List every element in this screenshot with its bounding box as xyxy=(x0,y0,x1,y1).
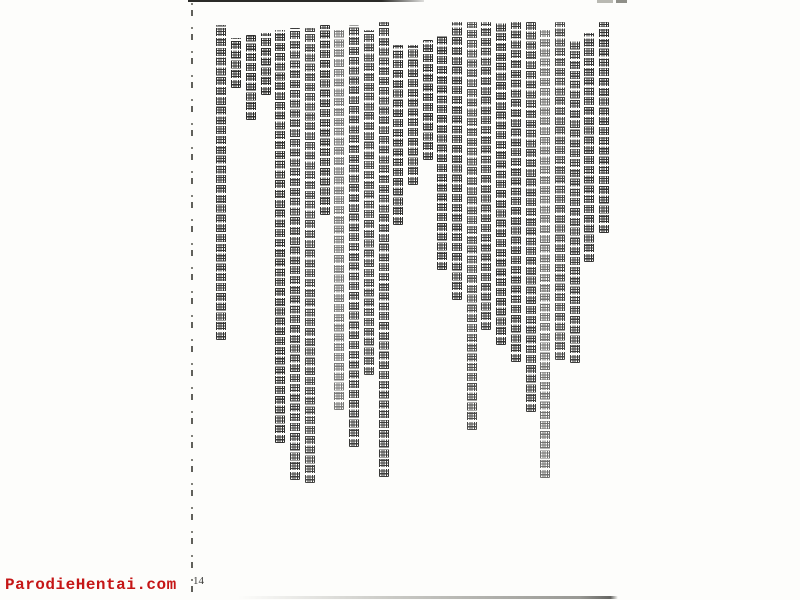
text-column xyxy=(452,22,462,300)
text-column xyxy=(261,33,271,95)
text-column xyxy=(511,22,521,362)
text-column xyxy=(408,45,418,185)
text-column xyxy=(393,45,403,225)
text-column xyxy=(467,22,477,430)
text-column xyxy=(334,30,344,410)
page-top-edge-line xyxy=(188,0,424,2)
scanned-page: 14 ParodieHentai.com xyxy=(0,0,800,600)
text-column xyxy=(305,28,315,483)
page-bottom-shadow xyxy=(238,596,618,599)
text-column xyxy=(275,30,285,443)
text-column xyxy=(320,25,330,215)
scan-artifact-mark xyxy=(616,0,627,3)
text-column xyxy=(349,25,359,447)
page-gutter-line xyxy=(191,0,193,592)
text-column xyxy=(584,33,594,262)
watermark: ParodieHentai.com xyxy=(5,576,177,595)
text-column xyxy=(231,38,241,88)
text-column xyxy=(379,22,389,477)
text-column xyxy=(526,22,536,412)
text-column xyxy=(540,30,550,478)
text-column xyxy=(216,25,226,340)
text-column xyxy=(555,22,565,360)
scan-artifact-mark xyxy=(597,0,613,3)
text-column xyxy=(496,22,506,345)
text-column xyxy=(599,22,609,233)
page-number: 14 xyxy=(193,575,204,587)
text-column xyxy=(481,22,491,330)
text-column xyxy=(290,28,300,480)
text-column xyxy=(364,30,374,375)
text-column xyxy=(437,35,447,270)
text-column xyxy=(570,40,580,363)
text-column xyxy=(423,40,433,160)
text-column xyxy=(246,35,256,120)
